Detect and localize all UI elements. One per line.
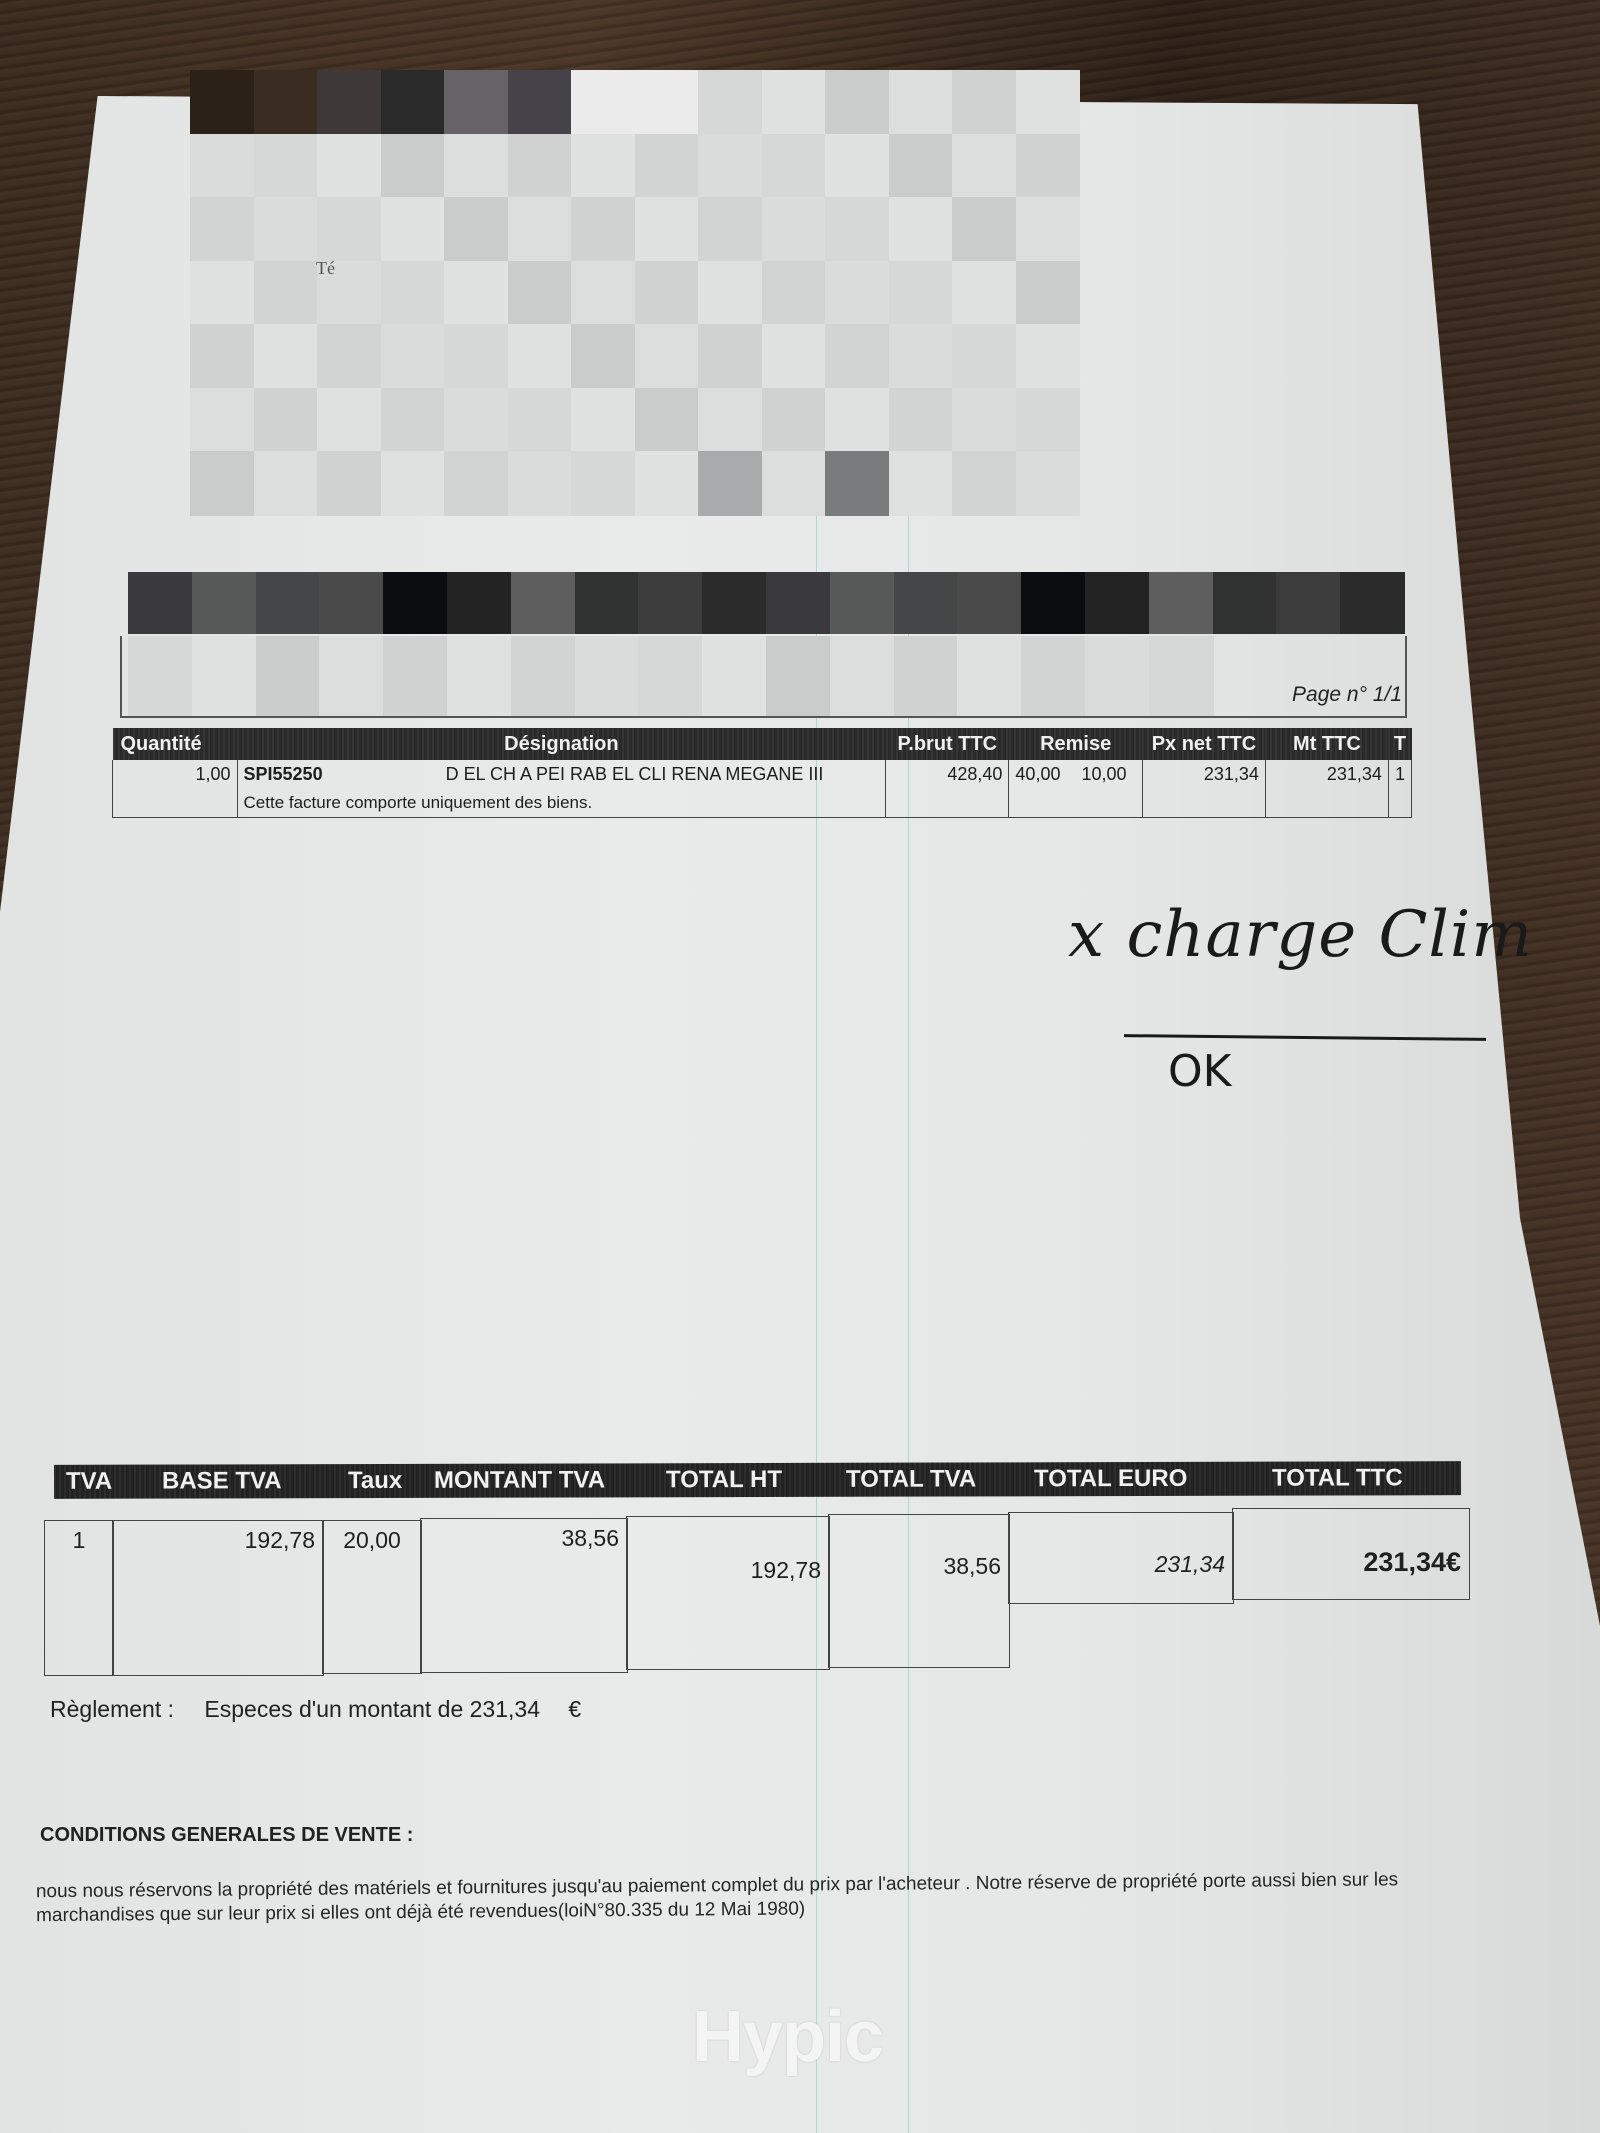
cell-t: 1 xyxy=(1388,760,1411,789)
vat-cell-taux: 20,00 xyxy=(322,1520,422,1674)
page-indicator: Page n° 1/1 xyxy=(1292,683,1402,707)
redaction-pixel xyxy=(190,388,255,453)
redaction-pixel xyxy=(508,197,573,262)
redaction-pixel xyxy=(508,134,573,199)
redaction-pixel xyxy=(444,197,509,262)
header-mtttc: Mt TTC xyxy=(1265,728,1388,760)
redaction-pixel xyxy=(830,572,895,634)
redaction-pixel xyxy=(635,388,700,453)
redaction-pixel xyxy=(256,572,321,634)
redaction-pixel xyxy=(952,388,1017,453)
redaction-pixel xyxy=(889,70,954,135)
redaction-pixel xyxy=(190,70,255,135)
header-pbrut: P.brut TTC xyxy=(886,728,1009,760)
app-watermark: Hypic xyxy=(692,1996,883,2078)
item-designation: D EL CH A PEI RAB EL CLI RENA MEGANE III xyxy=(446,764,824,784)
redaction-pixel xyxy=(698,451,763,516)
header-remise: Remise xyxy=(1009,728,1142,760)
redaction-pixel xyxy=(190,324,255,389)
redaction-pixel xyxy=(1016,197,1081,262)
redaction-pixel xyxy=(317,134,382,199)
redaction-pixel xyxy=(889,451,954,516)
redaction-pixel xyxy=(635,134,700,199)
redaction-pixel xyxy=(762,70,827,135)
redaction-pixel xyxy=(254,70,319,135)
redaction-pixel xyxy=(762,324,827,389)
redaction-pixel xyxy=(1085,572,1150,634)
redaction-pixel xyxy=(1276,572,1341,634)
redaction-pixel xyxy=(508,70,573,135)
redaction-pixel xyxy=(952,197,1017,262)
redaction-pixel xyxy=(192,572,257,634)
redaction-pixel xyxy=(1016,261,1081,326)
redaction-pixel xyxy=(762,451,827,516)
redaction-pixel xyxy=(635,324,700,389)
vat-cell-tva: 1 xyxy=(44,1520,114,1676)
redaction-pixel xyxy=(444,134,509,199)
redaction-pixel xyxy=(1016,451,1081,516)
redaction-pixel xyxy=(254,451,319,516)
redaction-pixel xyxy=(698,134,763,199)
redaction-pixel xyxy=(635,261,700,326)
redaction-pixel xyxy=(254,261,319,326)
redaction-pixel xyxy=(638,572,703,634)
payment-label: Règlement : xyxy=(50,1696,174,1722)
vat-header-montant: MONTANT TVA xyxy=(434,1466,605,1494)
remise-2: 10,00 xyxy=(1081,764,1126,784)
redaction-pixel xyxy=(1016,70,1081,135)
redaction-pixel xyxy=(635,197,700,262)
redaction-pixel xyxy=(254,388,319,453)
vat-cell-base: 192,78 xyxy=(112,1520,324,1676)
redaction-pixel xyxy=(381,451,446,516)
redaction-pixel xyxy=(952,134,1017,199)
redaction-pixel xyxy=(952,261,1017,326)
redaction-pixel xyxy=(1016,134,1081,199)
redaction-pixel xyxy=(698,388,763,453)
header-quantite: Quantité xyxy=(113,728,238,760)
redaction-pixel xyxy=(190,451,255,516)
redaction-pixel xyxy=(444,261,509,326)
redaction-pixel xyxy=(762,134,827,199)
vat-header-total-tva: TOTAL TVA xyxy=(846,1465,976,1493)
redaction-pixel xyxy=(571,324,636,389)
redaction-pixel xyxy=(952,324,1017,389)
redaction-pixel xyxy=(698,70,763,135)
handwritten-line-2: OK xyxy=(1168,1046,1232,1097)
vat-header-bar: TVA BASE TVA Taux MONTANT TVA TOTAL HT T… xyxy=(54,1461,1461,1499)
redaction-pixel xyxy=(381,388,446,453)
redaction-pixel xyxy=(447,572,512,634)
redaction-pixel xyxy=(571,134,636,199)
redaction-pixel xyxy=(766,572,831,634)
header-t: T xyxy=(1388,728,1411,760)
cell-pbrut: 428,40 xyxy=(886,760,1009,789)
redaction-pixel xyxy=(254,134,319,199)
redaction-pixel xyxy=(128,572,193,634)
redaction-pixel xyxy=(889,324,954,389)
redaction-pixel xyxy=(444,70,509,135)
redaction-pixel xyxy=(317,70,382,135)
redaction-pixel xyxy=(825,261,890,326)
redaction-pixel xyxy=(381,324,446,389)
redaction-pixel xyxy=(190,134,255,199)
redaction-pixel xyxy=(825,388,890,453)
redaction-pixel xyxy=(254,324,319,389)
redaction-pixel xyxy=(635,70,700,135)
vat-header-taux: Taux xyxy=(348,1467,402,1495)
cell-remise: 40,00 10,00 xyxy=(1009,760,1142,789)
vat-cell-total-tva: 38,56 xyxy=(828,1514,1010,1668)
vat-cell-total-euro: 231,34 xyxy=(1008,1512,1234,1604)
vat-header-base: BASE TVA xyxy=(162,1467,282,1495)
payment-currency: € xyxy=(568,1696,581,1722)
redaction-pixel xyxy=(1340,572,1405,634)
redaction-pixel xyxy=(190,197,255,262)
redaction-pixel xyxy=(571,451,636,516)
vat-cell-montant: 38,56 xyxy=(420,1518,628,1673)
cell-empty xyxy=(1265,789,1388,818)
redaction-pixel xyxy=(444,388,509,453)
redaction-pixel xyxy=(889,388,954,453)
redaction-pixel xyxy=(571,388,636,453)
redaction-pixel xyxy=(317,324,382,389)
redaction-pixel xyxy=(508,388,573,453)
redaction-pixel xyxy=(957,572,1022,634)
redaction-pixel xyxy=(381,261,446,326)
redaction-pixel xyxy=(381,197,446,262)
redaction-pixel xyxy=(444,451,509,516)
redaction-pixel xyxy=(317,451,382,516)
redaction-pixel xyxy=(825,70,890,135)
redaction-pixel xyxy=(1213,572,1278,634)
table-row: 1,00 SPI55250 D EL CH A PEI RAB EL CLI R… xyxy=(113,760,1412,789)
header-designation: Désignation xyxy=(237,728,886,760)
payment-text: Especes d'un montant de 231,34 xyxy=(204,1696,540,1722)
redaction-pixel xyxy=(254,197,319,262)
item-reference: SPI55250 xyxy=(244,764,323,784)
redaction-pixel xyxy=(1016,324,1081,389)
redacted-fragment-text: Té xyxy=(316,258,335,279)
redaction-pixel xyxy=(190,261,255,326)
cell-empty xyxy=(113,789,238,818)
redaction-pixel xyxy=(698,197,763,262)
redaction-pixel xyxy=(1021,572,1086,634)
redaction-pixel xyxy=(762,197,827,262)
redaction-pixel xyxy=(571,261,636,326)
redaction-pixel xyxy=(1016,388,1081,453)
vat-header-tva: TVA xyxy=(66,1468,112,1496)
items-header-row: Quantité Désignation P.brut TTC Remise P… xyxy=(113,728,1412,760)
vat-header-total-ttc: TOTAL TTC xyxy=(1272,1464,1403,1492)
items-note: Cette facture comporte uniquement des bi… xyxy=(237,789,886,818)
remise-1: 40,00 xyxy=(1015,764,1060,784)
handwritten-line-1: x charge Clim xyxy=(1068,898,1533,972)
redaction-pixel xyxy=(698,261,763,326)
cell-empty xyxy=(886,789,1009,818)
redaction-pixel xyxy=(698,324,763,389)
redaction-pixel xyxy=(444,324,509,389)
redaction-pixel xyxy=(317,388,382,453)
redaction-pixel xyxy=(762,261,827,326)
redaction-pixel xyxy=(508,324,573,389)
redaction-pixel xyxy=(952,70,1017,135)
redaction-pixel xyxy=(825,451,890,516)
redaction-pixel xyxy=(508,261,573,326)
redaction-pixel xyxy=(825,134,890,199)
cell-empty xyxy=(1388,789,1411,818)
handwritten-note: x charge Clim OK xyxy=(1068,898,1533,972)
redaction-pixel xyxy=(889,197,954,262)
table-row-note: Cette facture comporte uniquement des bi… xyxy=(113,789,1412,818)
cell-pxnet: 231,34 xyxy=(1142,760,1265,789)
terms-title: CONDITIONS GENERALES DE VENTE : xyxy=(40,1824,413,1847)
redaction-pixel xyxy=(571,70,636,135)
cell-designation: SPI55250 D EL CH A PEI RAB EL CLI RENA M… xyxy=(237,760,886,789)
redaction-pixel xyxy=(889,261,954,326)
redaction-pixel xyxy=(381,70,446,135)
payment-line: Règlement : Especes d'un montant de 231,… xyxy=(50,1696,581,1723)
header-frame xyxy=(120,636,1407,718)
redaction-pixel xyxy=(762,388,827,453)
vat-cell-total-ht: 192,78 xyxy=(626,1516,830,1670)
header-pxnet: Px net TTC xyxy=(1142,728,1265,760)
redaction-pixel xyxy=(825,324,890,389)
redaction-pixel xyxy=(383,572,448,634)
redaction-pixel xyxy=(511,572,576,634)
redaction-pixel xyxy=(575,572,640,634)
redaction-pixel xyxy=(889,134,954,199)
redaction-pixel xyxy=(702,572,767,634)
redaction-pixel xyxy=(571,197,636,262)
redaction-pixel xyxy=(508,451,573,516)
redaction-pixel xyxy=(319,572,384,634)
items-table: Quantité Désignation P.brut TTC Remise P… xyxy=(112,728,1412,818)
cell-empty xyxy=(1142,789,1265,818)
redaction-pixel xyxy=(894,572,959,634)
redaction-pixel xyxy=(381,134,446,199)
cell-mtttc: 231,34 xyxy=(1265,760,1388,789)
cell-quantite: 1,00 xyxy=(113,760,238,789)
redaction-pixel xyxy=(635,451,700,516)
redaction-pixel xyxy=(952,451,1017,516)
cell-empty xyxy=(1009,789,1142,818)
redaction-pixel xyxy=(825,197,890,262)
vat-cell-total-ttc: 231,34€ xyxy=(1232,1508,1470,1600)
redaction-pixel xyxy=(317,197,382,262)
vat-header-total-ht: TOTAL HT xyxy=(666,1466,782,1494)
redaction-pixel xyxy=(1149,572,1214,634)
vat-header-total-euro: TOTAL EURO xyxy=(1034,1465,1187,1493)
